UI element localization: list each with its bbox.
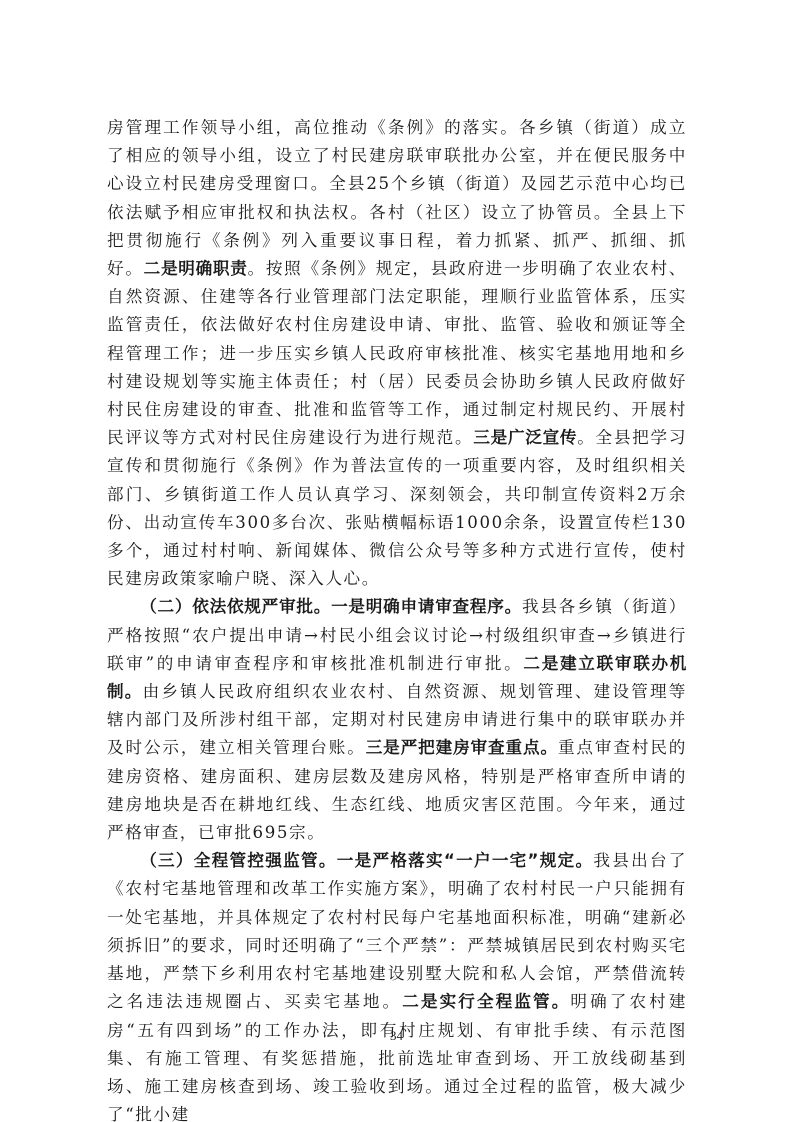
text-segment: 房管理工作领导小组，高位推动《条例》的落实。各乡镇（街道）成立了相应的领导小组，… <box>107 118 687 278</box>
section-heading-3: （三）全程管控强监管。一是严格落实“一户一宅”规定。 <box>140 851 593 870</box>
paragraph-2: （二）依法依规严审批。一是明确申请审查程序。我县各乡镇（街道）严格按照“农户提出… <box>107 593 687 847</box>
document-page: 房管理工作领导小组，高位推动《条例》的落实。各乡镇（街道）成立了相应的领导小组，… <box>0 0 793 1122</box>
bold-heading-2: 二是明确职责 <box>144 259 248 278</box>
bold-heading: 二是实行全程监管。 <box>402 992 570 1011</box>
section-heading-2: （二）依法依规严审批。一是明确申请审查程序。 <box>140 597 522 616</box>
text-segment: 明确了农村建房“五有四到场”的工作办法，即有村庄规划、有审批手续、有示范图集、有… <box>107 992 687 1122</box>
paragraph-1: 房管理工作领导小组，高位推动《条例》的落实。各乡镇（街道）成立了相应的领导小组，… <box>107 114 687 593</box>
bold-heading-3: 三是广泛宣传 <box>473 428 577 447</box>
page-number: 34 <box>0 1028 793 1044</box>
paragraph-3: （三）全程管控强监管。一是严格落实“一户一宅”规定。我县出台了《农村宅基地管理和… <box>107 847 687 1122</box>
text-segment: 我县出台了《农村宅基地管理和改革工作实施方案》，明确了农村村民一户只能拥有一处宅… <box>107 851 687 1011</box>
body-text: 房管理工作领导小组，高位推动《条例》的落实。各乡镇（街道）成立了相应的领导小组，… <box>107 114 687 1122</box>
text-segment: 。按照《条例》规定，县政府进一步明确了农业农村、自然资源、住建等各行业管理部门法… <box>107 259 687 447</box>
bold-heading: 三是严把建房审查重点。 <box>366 738 558 757</box>
text-segment: 。全县把学习宣传和贯彻施行《条例》作为普法宣传的一项重要内容，及时组织相关部门、… <box>107 428 687 588</box>
